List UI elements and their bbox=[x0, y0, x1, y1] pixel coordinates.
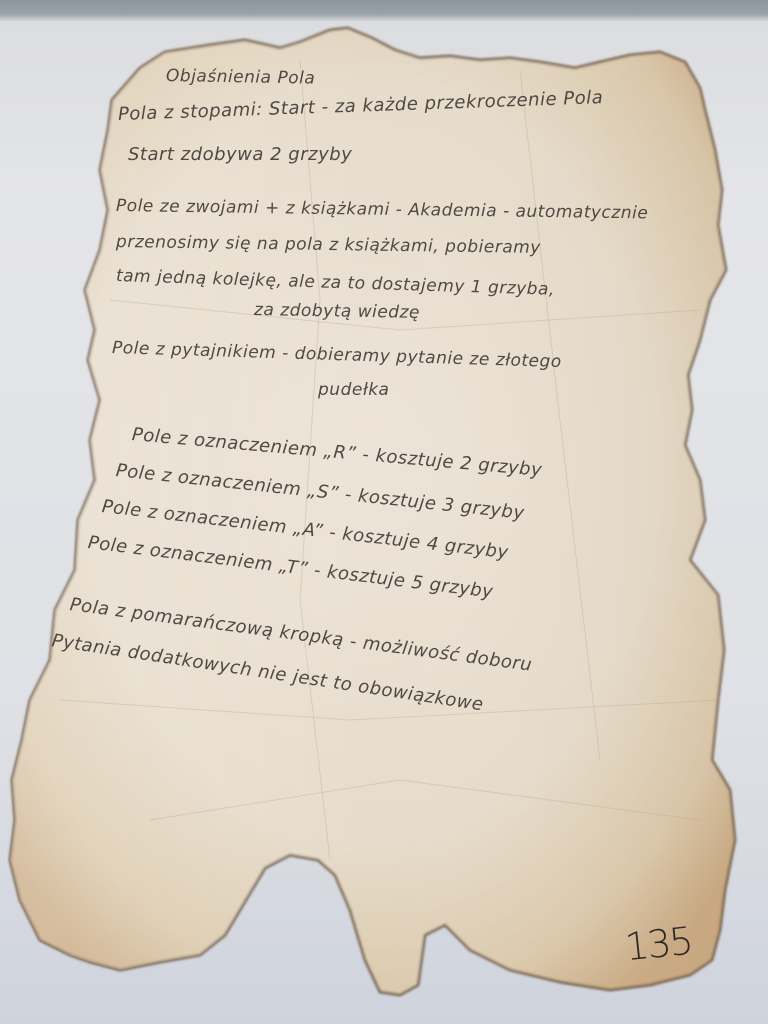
page-number: 135 bbox=[623, 919, 694, 970]
text-line: pudełka bbox=[318, 380, 389, 400]
document-title: Objaśnienia Pola bbox=[166, 66, 316, 89]
photo-scene: Objaśnienia Pola Pola z stopami: Start -… bbox=[0, 0, 768, 1024]
text-line: Start zdobywa 2 grzyby bbox=[128, 144, 352, 165]
text-line: za zdobytą wiedzę bbox=[254, 300, 420, 323]
